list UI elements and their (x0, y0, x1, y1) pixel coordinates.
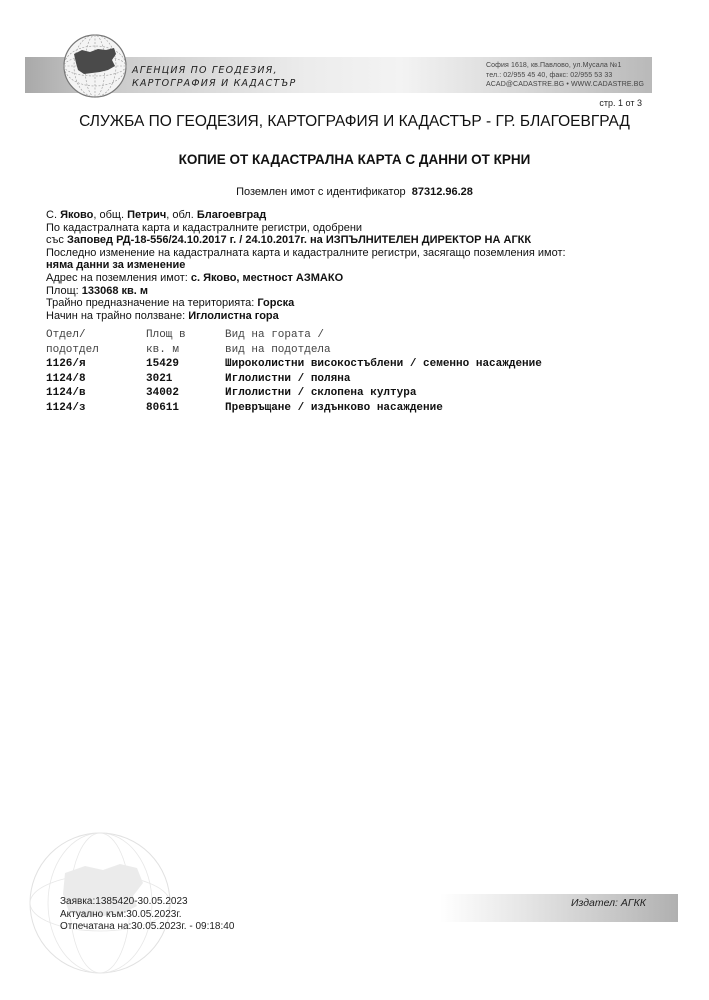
forest-type-cell: Превръщане / издънково насаждение (225, 401, 443, 416)
header-cell: подотдел (46, 343, 146, 358)
location-line: С. Яково, общ. Петрич, обл. Благоевград (46, 209, 566, 222)
agency-name-line1: АГЕНЦИЯ ПО ГЕОДЕЗИЯ, (132, 64, 296, 77)
village-prefix: С. (46, 209, 60, 221)
subdivision-cell: 1124/в (46, 386, 146, 401)
region-prefix: , обл. (166, 209, 197, 221)
forest-type-cell: Иглолистни / поляна (225, 372, 350, 387)
table-header-row: Отдел/ Площ в Вид на гората / (46, 328, 542, 343)
approval-line: По кадастралната карта и кадастралните р… (46, 222, 566, 235)
address-line: Адрес на поземления имот: с. Яково, мест… (46, 272, 566, 285)
header-cell: Вид на гората / (225, 328, 324, 343)
publisher: Издател: АГКК (571, 897, 646, 909)
current-as-of: Актуално към:30.05.2023г. (60, 909, 234, 922)
order-text: Заповед РД-18-556/24.10.2017 г. / 24.10.… (67, 234, 531, 246)
subdivision-cell: 1124/8 (46, 372, 146, 387)
table-row: 1126/я 15429 Широколистни високостъблени… (46, 357, 542, 372)
area-cell: 34002 (146, 386, 225, 401)
subdivisions-table: Отдел/ Площ в Вид на гората / подотдел к… (46, 328, 542, 416)
usage-line: Начин на трайно ползване: Иглолистна гор… (46, 310, 566, 323)
usage-label: Начин на трайно ползване: (46, 310, 188, 322)
subdivision-cell: 1126/я (46, 357, 146, 372)
address-label: Адрес на поземления имот: (46, 272, 191, 284)
contact-address: София 1618, кв.Павлово, ул.Мусала №1 (486, 61, 644, 71)
village: Яково (60, 209, 93, 221)
request-number: Заявка:1385420-30.05.2023 (60, 896, 234, 909)
area-line: Площ: 133068 кв. м (46, 285, 566, 298)
area-cell: 15429 (146, 357, 225, 372)
office-title: СЛУЖБА ПО ГЕОДЕЗИЯ, КАРТОГРАФИЯ И КАДАСТ… (0, 113, 709, 131)
page-number: стр. 1 от 3 (599, 98, 642, 108)
table-header-row: подотдел кв. м вид на подотдела (46, 343, 542, 358)
last-change-value-line: няма данни за изменение (46, 259, 566, 272)
order-prefix: със (46, 234, 67, 246)
globe-bulgaria-icon (60, 30, 130, 100)
table-row: 1124/з 80611 Превръщане / издънково наса… (46, 401, 542, 416)
property-identifier: Поземлен имот с идентификатор 87312.96.2… (0, 186, 709, 198)
last-change-value: няма данни за изменение (46, 259, 185, 271)
table-row: 1124/8 3021 Иглолистни / поляна (46, 372, 542, 387)
header-cell: вид на подотдела (225, 343, 331, 358)
property-id-value: 87312.96.28 (412, 186, 473, 198)
agency-name-line2: КАРТОГРАФИЯ И КАДАСТЪР (132, 77, 296, 90)
agency-contacts: София 1618, кв.Павлово, ул.Мусала №1 тел… (486, 61, 644, 90)
footer-info: Заявка:1385420-30.05.2023 Актуално към:3… (60, 896, 234, 934)
forest-type-cell: Широколистни високостъблени / семенно на… (225, 357, 542, 372)
forest-type-cell: Иглолистни / склопена култура (225, 386, 416, 401)
order-line: със Заповед РД-18-556/24.10.2017 г. / 24… (46, 234, 566, 247)
area-value: 133068 кв. м (82, 285, 148, 297)
municipality: Петрич (127, 209, 166, 221)
header-cell: кв. м (146, 343, 225, 358)
usage-value: Иглолистна гора (188, 310, 279, 322)
printed-on: Отпечатана на:30.05.2023г. - 09:18:40 (60, 921, 234, 934)
region: Благоевград (197, 209, 266, 221)
header-cell: Отдел/ (46, 328, 146, 343)
purpose-value: Горска (257, 297, 294, 309)
purpose-label: Трайно предназначение на територията: (46, 297, 257, 309)
municipality-prefix: , общ. (93, 209, 127, 221)
table-row: 1124/в 34002 Иглолистни / склопена култу… (46, 386, 542, 401)
contact-phone: тел.: 02/955 45 40, факс: 02/955 53 33 (486, 71, 644, 81)
area-cell: 80611 (146, 401, 225, 416)
contact-web[interactable]: ACAD@CADASTRE.BG • WWW.CADASTRE.BG (486, 80, 644, 90)
last-change-label: Последно изменение на кадастралната карт… (46, 247, 566, 260)
area-label: Площ: (46, 285, 82, 297)
property-info: С. Яково, общ. Петрич, обл. Благоевград … (46, 209, 566, 322)
document-title: КОПИЕ ОТ КАДАСТРАЛНА КАРТА С ДАННИ ОТ КР… (0, 152, 709, 167)
purpose-line: Трайно предназначение на територията: Го… (46, 297, 566, 310)
property-id-label: Поземлен имот с идентификатор (236, 186, 406, 198)
area-cell: 3021 (146, 372, 225, 387)
header-cell: Площ в (146, 328, 225, 343)
agency-name: АГЕНЦИЯ ПО ГЕОДЕЗИЯ, КАРТОГРАФИЯ И КАДАС… (132, 64, 296, 90)
subdivision-cell: 1124/з (46, 401, 146, 416)
address-value: с. Яково, местност АЗМАКО (191, 272, 343, 284)
